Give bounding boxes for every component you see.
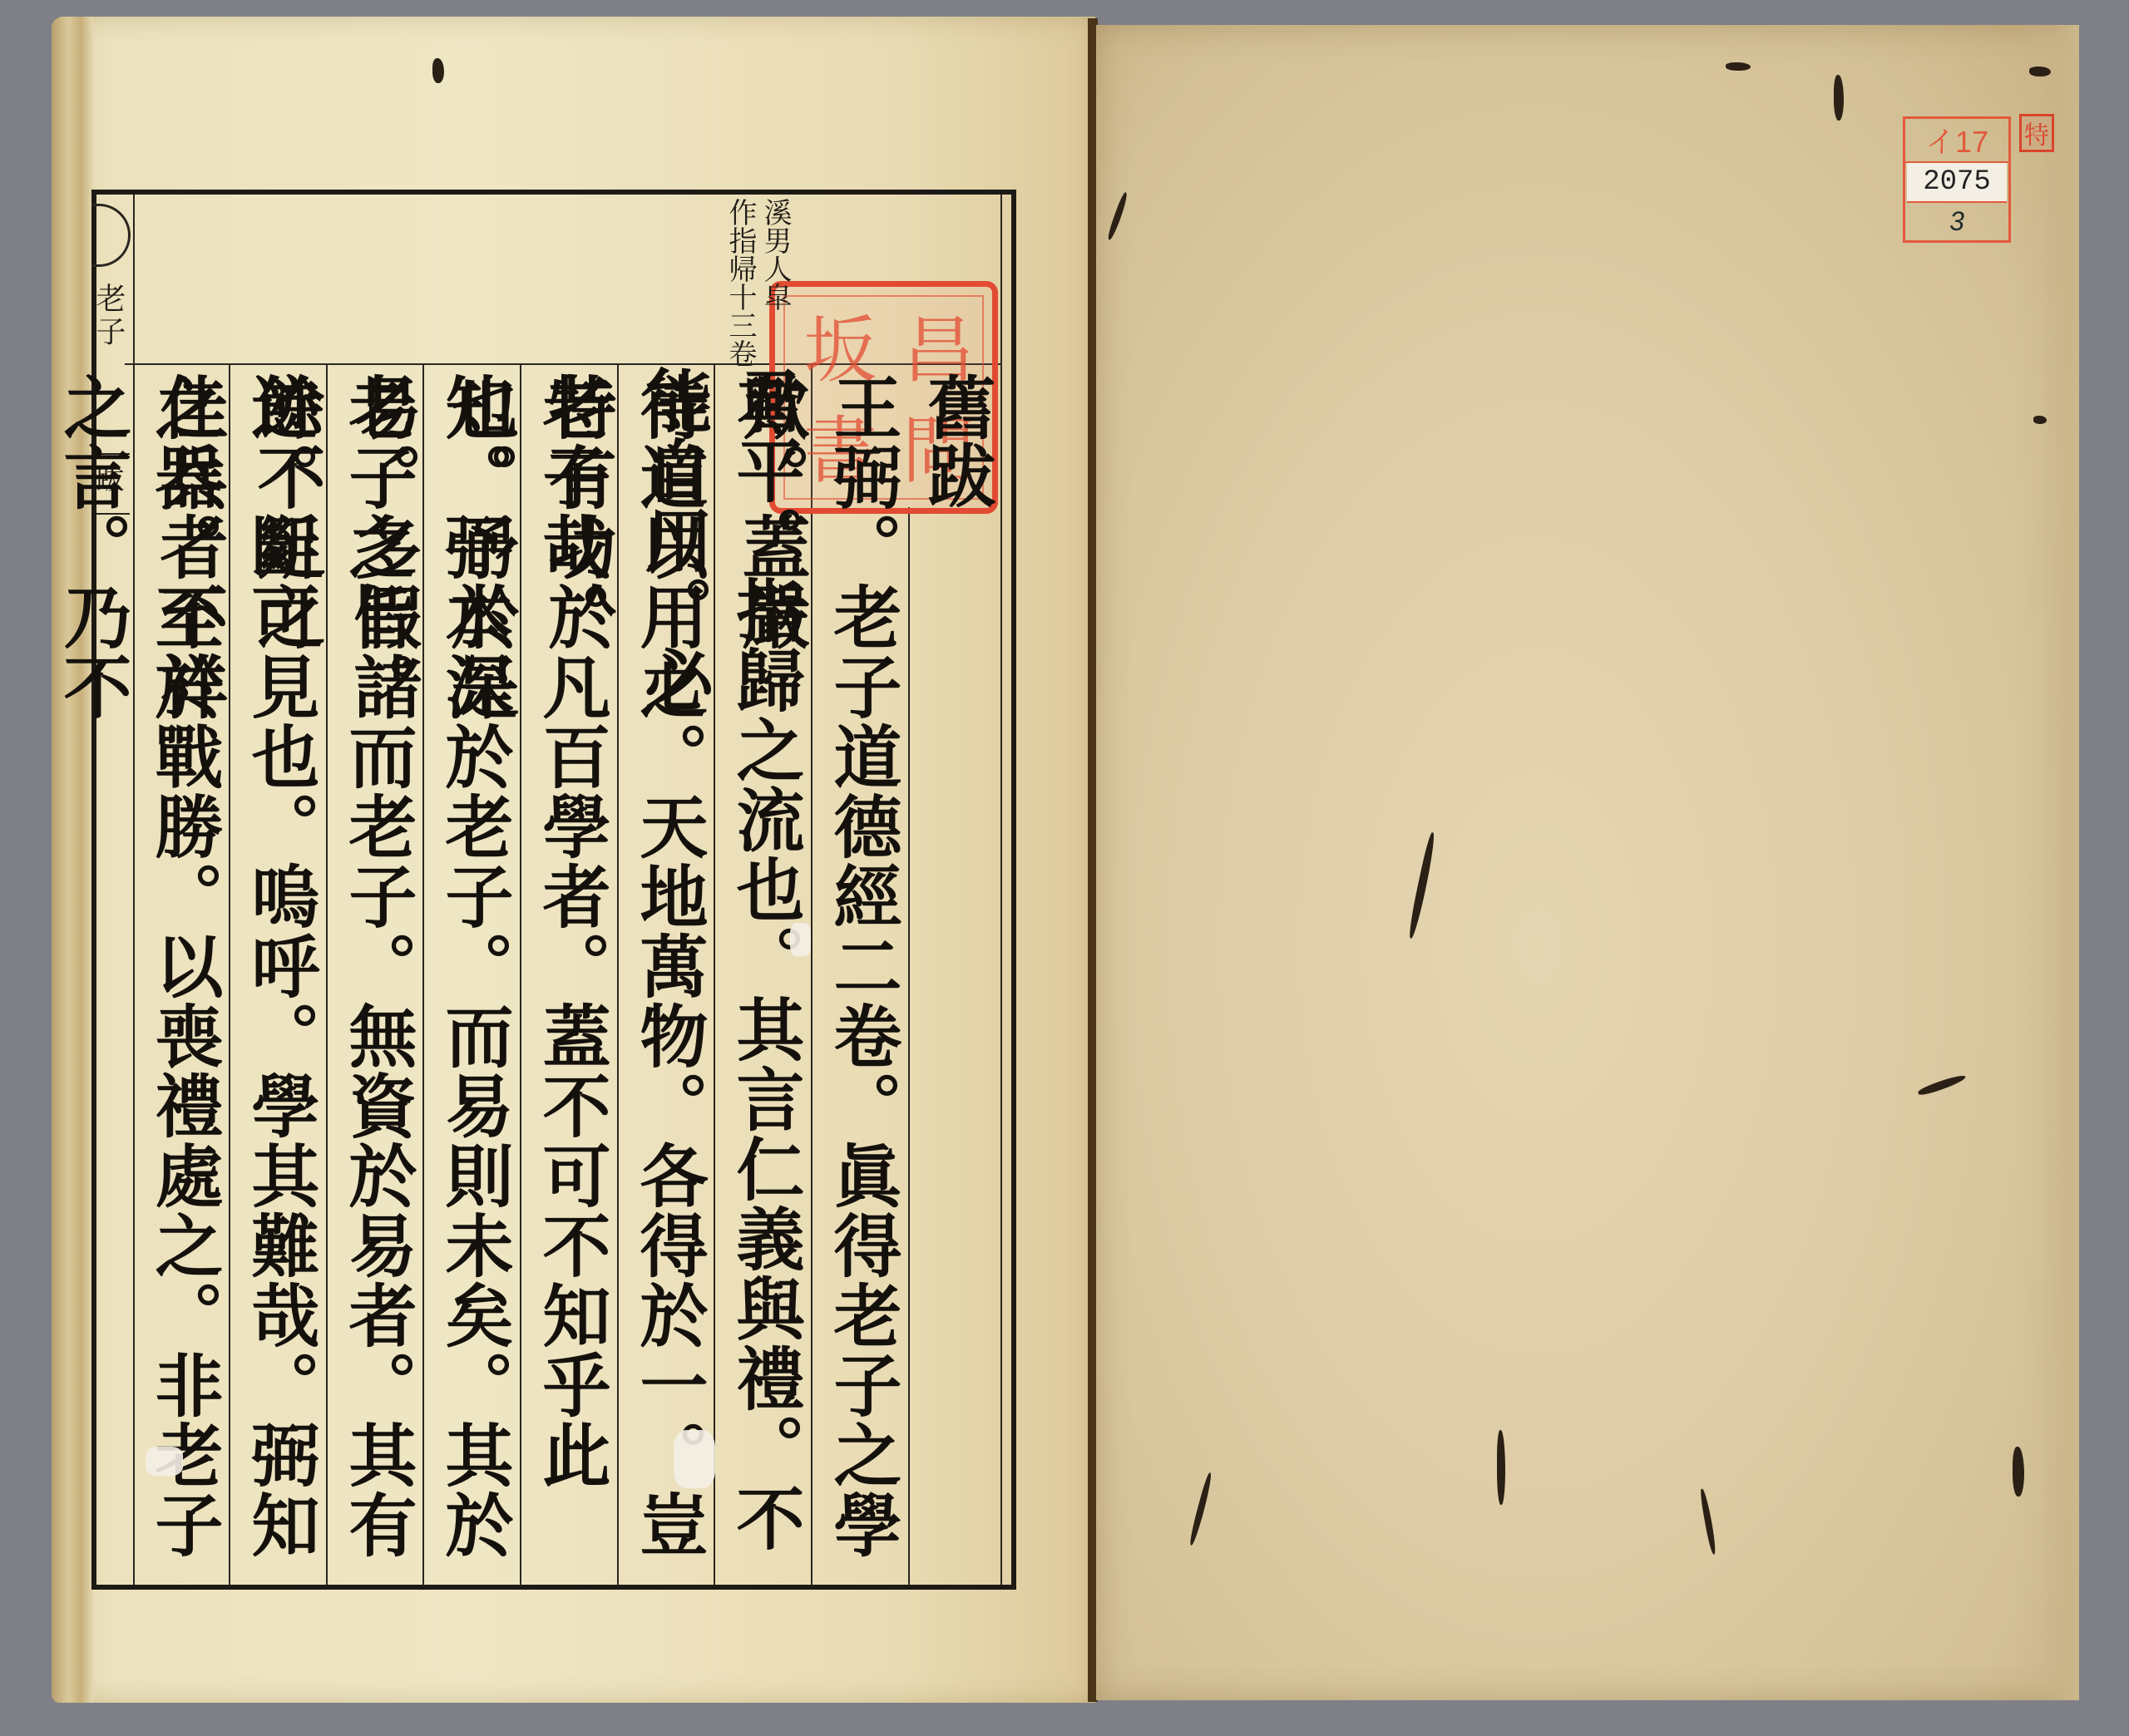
right-page-edge (2013, 25, 2079, 1700)
text-column-4: 老子哉。凡百學者。蓋不可不知乎此也。予於是 (526, 372, 617, 1586)
worm-hole (432, 58, 444, 83)
column-divider (908, 507, 910, 1586)
library-call-number-label: イ17 2075 3 (1903, 116, 2011, 243)
special-collection-seal: 特 (2019, 114, 2054, 152)
text-column-5: 知。弼本深於老子。而易則未矣。其於易。多假諸 (428, 372, 520, 1586)
worm-hole (2029, 67, 2051, 76)
text-column-8: 之器。至於戰勝。以喪禮處之。非老子之言。乃不 (138, 372, 230, 1586)
text-column-6: 老子之旨。而老子。無資於易者。其有餘不足之 (332, 372, 423, 1586)
worm-hole (2033, 416, 2047, 424)
paper-tear (146, 1447, 183, 1476)
right-page (1096, 25, 2077, 1700)
frame-inner-line (1000, 195, 1002, 1585)
text-column-1: 王弼。老子道德經二卷。眞得老子之學歟。蓋嚴 (817, 372, 908, 1586)
paper-tear (674, 1430, 715, 1488)
text-column-2: 君平。指歸之流也。其言仁義與禮。不能自用。必 (719, 366, 811, 1580)
call-number-class: イ17 (1905, 119, 2008, 163)
text-column-3: 待道以用之。天地萬物。各得於一。豈特有功於 (623, 372, 714, 1586)
banxin-title: 老子 (96, 283, 130, 349)
paper-tear (790, 923, 811, 956)
call-number-volume: 3 (1905, 203, 2008, 241)
heading-jiuba: 舊跋 (915, 372, 998, 509)
head-note-line: 溪男人皐 (757, 198, 793, 311)
text-column-7: 迹。斷可見也。嗚呼。學其難哉。弼知佳兵者不祥 (235, 372, 326, 1586)
left-page-edge (52, 17, 93, 1703)
worm-hole (1726, 62, 1751, 71)
call-number-id: 2075 (1907, 163, 2007, 203)
head-note-line: 作指帰十三卷 (722, 198, 758, 367)
